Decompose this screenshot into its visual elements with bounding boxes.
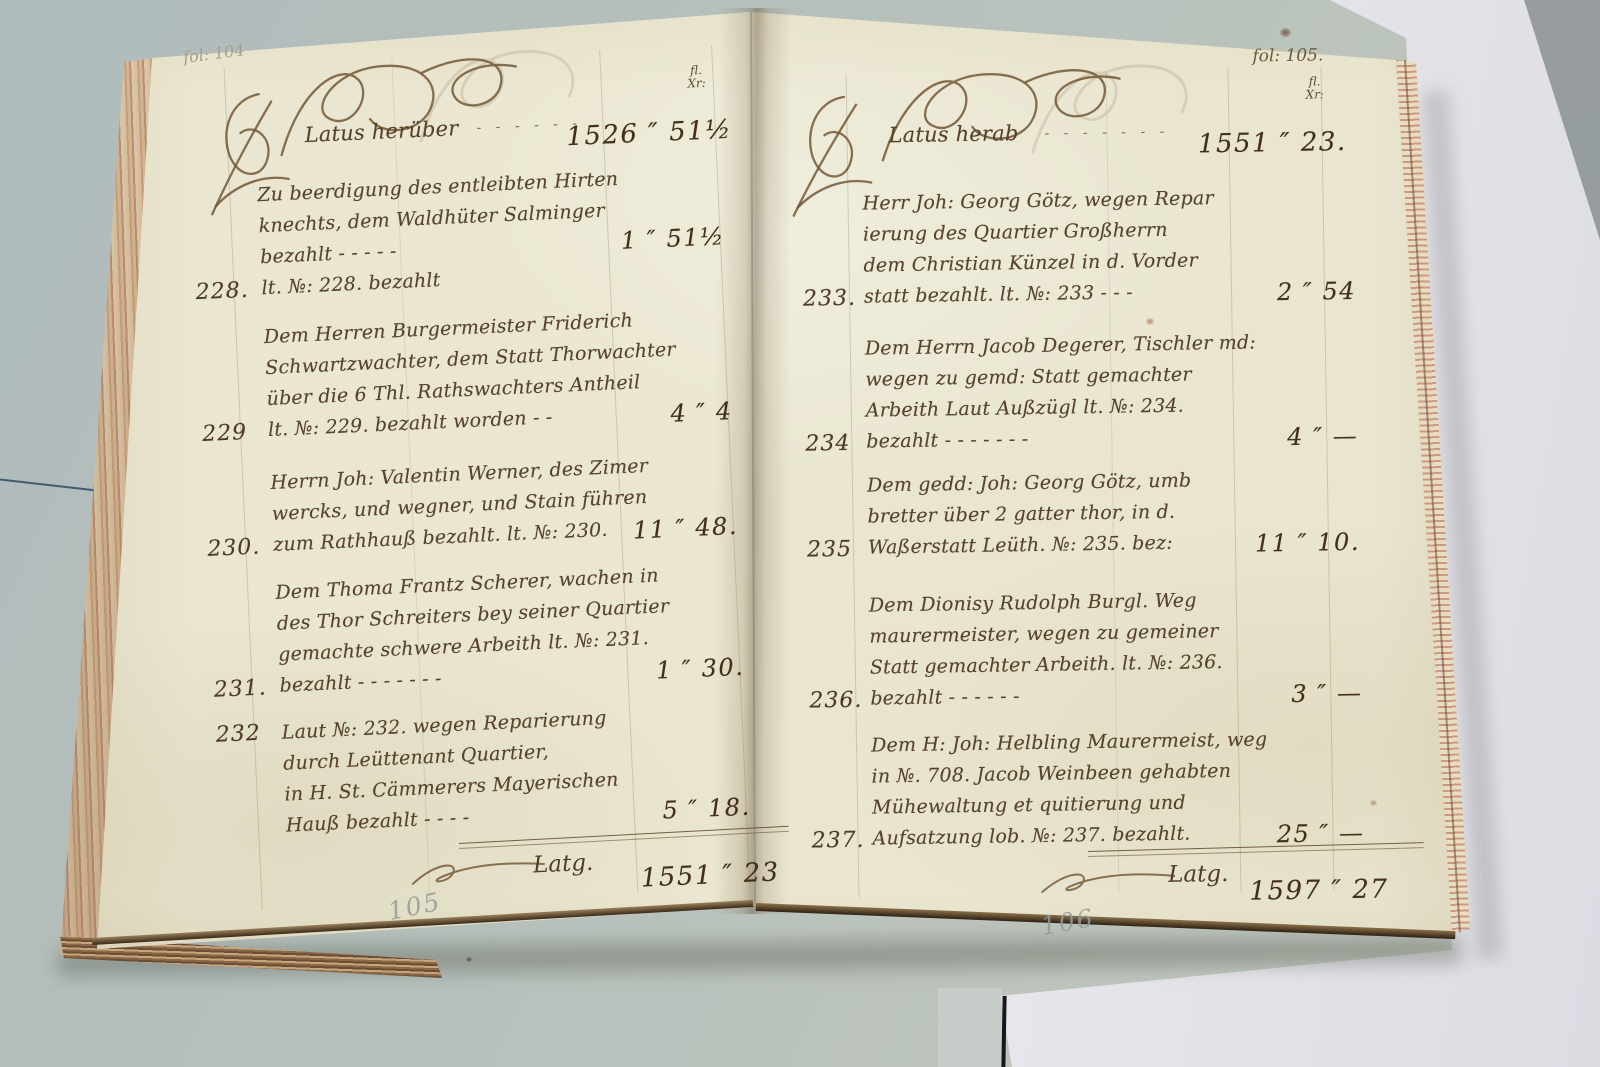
entry-text: Zu beerdigung des entleibten Hirten knec… [257, 164, 623, 304]
entry-line: Waßerstatt Leüth. №: 235. bez: [868, 528, 1193, 564]
carry-forward-row: Latus herab - - - - - - - fl. Xr: 1551 ″… [776, 108, 1417, 160]
entry-line: bezahlt - - - - - - [870, 678, 1223, 715]
currency-header: fl. Xr: [687, 64, 706, 91]
entry-line: bezahlt - - - - - - - [866, 420, 1258, 457]
carry-forward-amount: 1551 ″ 23. [1198, 127, 1347, 159]
entry-amount: 1 ″ 30. [656, 653, 745, 685]
latus-amount: 1597 ″ 27 [1249, 874, 1388, 906]
folio-number: fol: 104 [182, 40, 246, 67]
ledger-entry-228: 228. Zu beerdigung des entleibten Hirten… [157, 157, 767, 308]
entry-amount: 3 ″ — [1291, 679, 1362, 708]
entry-number: 233. [803, 286, 856, 312]
left-page-content: fol: 104 Latus herüber - - - - - - fl. X… [150, 8, 795, 940]
entry-number: 230. [207, 535, 261, 562]
entry-text: Dem Herrn Jacob Degerer, Tischler md: we… [865, 327, 1258, 457]
latus-total-row: Latg. 1597 ″ 27 [788, 852, 1429, 910]
entry-number: 235 [807, 537, 852, 563]
entry-text: Dem Herren Burgermeister Friderich Schwa… [263, 304, 679, 447]
entry-amount: 11 ″ 48. [632, 512, 738, 545]
right-page-content: fol: 105. Latus herab - - - - - - - fl. … [775, 30, 1429, 925]
latus-label: Latg. [532, 850, 593, 879]
latus-total-row: Latg. 1551 ″ 23 [188, 835, 795, 910]
entry-line: Dem Herrn Jacob Degerer, Tischler md: [865, 327, 1257, 364]
ledger-entry-237: 237. Dem H: Joh: Helbling Maurermeist, w… [786, 722, 1428, 856]
entry-text: Herrn Joh: Valentin Werner, des Zimer we… [270, 451, 652, 561]
carry-forward-label: Latus herüber [304, 113, 459, 151]
ledger-entry-234: 234 Dem Herrn Jacob Degerer, Tischler md… [780, 325, 1422, 459]
currency-header: fl. Xr: [1305, 75, 1324, 101]
table-seam-strip [938, 988, 1002, 1067]
ledger-entry-232: 232 Laut №: 232. wegen Reparierung durch… [181, 695, 791, 846]
entry-line: Statt gemachter Arbeith. lt. №: 236. [870, 647, 1223, 684]
ledger-entry-230: 230. Herrn Joh: Valentin Werner, des Zim… [170, 445, 779, 565]
entry-text: Laut №: 232. wegen Reparierung durch Leü… [281, 703, 621, 842]
photo-of-open-ledger: fol: 104 Latus herüber - - - - - - fl. X… [0, 0, 1600, 1067]
entry-text: Dem Thoma Frantz Scherer, wachen in des … [275, 560, 673, 702]
entry-amount: 1 ″ 51½ [620, 222, 725, 255]
entry-amount: 4 ″ — [1287, 422, 1358, 451]
latus-amount: 1551 ″ 23 [640, 857, 780, 893]
carry-forward-label: Latus herab [888, 118, 1019, 151]
entry-amount: 11 ″ 10. [1255, 528, 1360, 558]
latus-label: Latg. [1168, 861, 1229, 888]
entry-number: 228. [195, 278, 249, 305]
entry-line: in №. 708. Jacob Weinbeen gehabten [871, 755, 1268, 792]
entry-text: Dem H: Joh: Helbling Maurermeist, weg in… [871, 724, 1269, 854]
ledger-entry-236: 236. Dem Dionisy Rudolph Burgl. Weg maur… [784, 582, 1426, 716]
entry-number: 234 [805, 431, 850, 457]
entry-number: 229 [202, 420, 248, 447]
ledger-entry-229: 229 Dem Herren Burgermeister Friderich S… [163, 299, 773, 450]
dotted-leader: - - - - - - - [1044, 124, 1169, 142]
entry-number: 232 [215, 721, 261, 748]
entry-line: bretter über 2 gatter thor, in d. [867, 497, 1192, 533]
ink-stain [466, 957, 472, 962]
ledger-entry-233: 233. Herr Joh: Georg Götz, wegen Repar i… [777, 180, 1419, 314]
latus-swash [1038, 860, 1179, 902]
entry-amount: 4 ″ 4 [670, 397, 733, 428]
entry-amount: 5 ″ 18. [662, 793, 751, 825]
entry-line: dem Christian Künzel in d. Vorder [863, 245, 1215, 282]
ledger-entry-231: 231. Dem Thoma Frantz Scherer, wachen in… [175, 555, 785, 706]
entry-text: Herr Joh: Georg Götz, wegen Repar ierung… [862, 183, 1215, 313]
ledger-entry-235: 235 Dem gedd: Joh: Georg Götz, umb brett… [782, 462, 1423, 565]
entry-amount: 2 ″ 54 [1277, 277, 1356, 306]
latus-swash [407, 848, 549, 894]
entry-text: Dem Dionisy Rudolph Burgl. Weg maurermei… [869, 585, 1224, 715]
kreuzer-symbol: Xr: [1306, 88, 1325, 101]
entry-text: Dem gedd: Joh: Georg Götz, umb bretter ü… [867, 466, 1193, 564]
entry-number: 237. [811, 828, 864, 854]
entry-number: 236. [809, 688, 862, 714]
kreuzer-symbol: Xr: [687, 77, 706, 91]
entry-line: Dem gedd: Joh: Georg Götz, umb [867, 466, 1192, 502]
entry-line: statt bezahlt. lt. №: 233 - - - [864, 276, 1216, 313]
entry-number: 231. [213, 675, 267, 702]
